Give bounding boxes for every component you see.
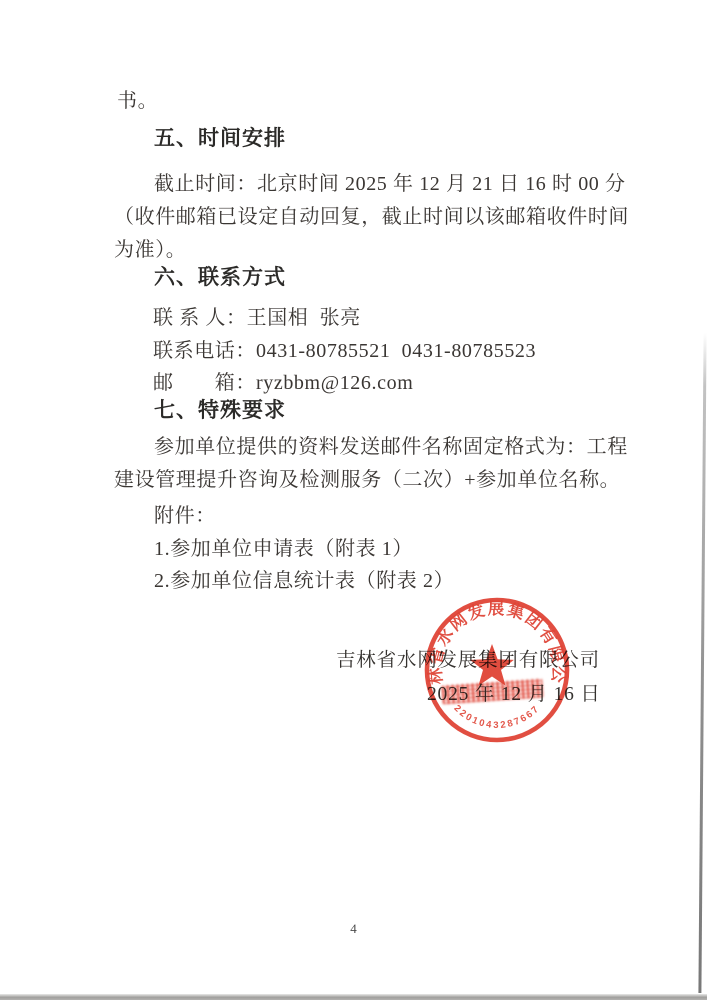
company-seal: 吉林省水网发展集团有限公司 2201043287667 [413, 593, 585, 755]
section5-heading: 五、时间安排 [154, 122, 286, 152]
section6-heading: 六、联系方式 [154, 261, 286, 291]
section7-heading: 七、特殊要求 [154, 394, 286, 424]
seal-graphic: 吉林省水网发展集团有限公司 2201043287667 [413, 593, 585, 755]
seal-serial-number: 2201043287667 [452, 703, 543, 731]
contact-person-line: 联 系 人：王国相 张亮 [153, 301, 361, 330]
scan-edge-right [698, 333, 706, 993]
scan-edge-bottom [0, 994, 707, 1000]
scanned-document-page: 书。 五、时间安排 截止时间：北京时间 2025 年 12 月 21 日 16 … [0, 0, 707, 1000]
section5-line-2: （收件邮箱已设定自动回复，截止时间以该邮箱收件时间 [114, 200, 629, 229]
attachment-item-2: 2.参加单位信息统计表（附表 2） [154, 564, 454, 593]
section5-line-1: 截止时间：北京时间 2025 年 12 月 21 日 16 时 00 分 [154, 167, 626, 196]
attachments-label: 附件： [154, 499, 216, 528]
attachment-item-1: 1.参加单位申请表（附表 1） [154, 532, 413, 561]
contact-email-line: 邮 箱：ryzbbm@126.com [153, 366, 413, 395]
carryover-text: 书。 [117, 84, 158, 113]
section5-line-3: 为准）。 [114, 233, 186, 262]
page-number: 4 [0, 921, 707, 937]
section7-line-1: 参加单位提供的资料发送邮件名称固定格式为：工程 [154, 430, 628, 459]
seal-serial-element: 2201043287667 [452, 703, 543, 731]
section7-line-2: 建设管理提升咨询及检测服务（二次）+参加单位名称。 [114, 463, 620, 492]
contact-phone-line: 联系电话：0431-80785521 0431-80785523 [153, 334, 536, 363]
seal-star-icon [470, 644, 514, 686]
